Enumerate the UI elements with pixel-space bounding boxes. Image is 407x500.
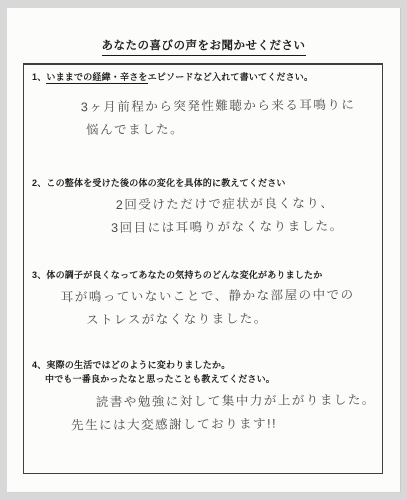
question-2-label: 2、この整体を受けた後の体の変化を具体的に教えてください [32, 176, 376, 190]
question-1-label: 1、いままでの経緯・辛さをエピソードなど入れて書いてください。 [32, 70, 376, 84]
handwriting-line: 先生には大変感謝しております!! [71, 412, 376, 438]
question-1-rest-text: エピソードなど入れて書いてください。 [148, 72, 314, 82]
question-2-text: この整体を受けた後の体の変化を具体的に教えてください [46, 178, 285, 188]
question-3-text: 体の調子が良くなってあなたの気持ちのどんな変化がありましたか [46, 270, 322, 280]
handwriting-line: 3回目には耳鳴りがなくなりました。 [111, 215, 344, 240]
question-4-text: 実際の生活ではどのように変わりましたか。 [46, 360, 230, 370]
question-4-answer: 読書や勉強に対して集中力が上がりました。 先生には大変感謝しております!! [96, 389, 376, 437]
question-1-answer: 3ヶ月前程から突発性難聴から来る耳鳴りに 悩んでました。 [81, 94, 356, 142]
question-4-subtext: 中でも一番良かったなと思ったことも教えてください。 [45, 372, 376, 386]
question-1-number: 1、 [32, 72, 46, 82]
title-row: あなたの喜びの声をお聞かせください [7, 36, 400, 56]
paper-sheet: あなたの喜びの声をお聞かせください 1、いままでの経緯・辛さをエピソードなど入れ… [7, 8, 401, 493]
question-4-label: 4、実際の生活ではどのように変わりましたか。 中でも一番良かったなと思ったことも… [32, 358, 376, 386]
question-2-number: 2、 [32, 178, 46, 188]
question-3-number: 3、 [32, 270, 46, 280]
question-1-underlined-text: いままでの経緯・辛さを [46, 72, 147, 84]
handwriting-line: ストレスがなくなりました。 [86, 307, 355, 332]
question-3-label: 3、体の調子が良くなってあなたの気持ちのどんな変化がありましたか [32, 268, 376, 282]
page-title: あなたの喜びの声をお聞かせください [102, 37, 306, 56]
question-2-answer: 2回受けただけで症状が良くなり、 3回目には耳鳴りがなくなりました。 [116, 192, 344, 240]
handwriting-line: 2回受けただけで症状が良くなり、 [116, 192, 344, 217]
scanned-feedback-sheet: あなたの喜びの声をお聞かせください 1、いままでの経緯・辛さをエピソードなど入れ… [0, 0, 407, 500]
question-4-number: 4、 [32, 360, 46, 370]
handwriting-line: 悩んでました。 [86, 117, 356, 142]
handwriting-line: 耳が鳴っていないことで、静かな部屋の中での [61, 284, 355, 310]
questionnaire-box: 1、いままでの経緯・辛さをエピソードなど入れて書いてください。 3ヶ月前程から突… [23, 63, 383, 474]
question-3-answer: 耳が鳴っていないことで、静かな部屋の中での ストレスがなくなりました。 [61, 284, 355, 333]
handwriting-line: 読書や勉強に対して集中力が上がりました。 [96, 389, 376, 414]
handwriting-line: 3ヶ月前程から突発性難聴から来る耳鳴りに [81, 94, 356, 119]
